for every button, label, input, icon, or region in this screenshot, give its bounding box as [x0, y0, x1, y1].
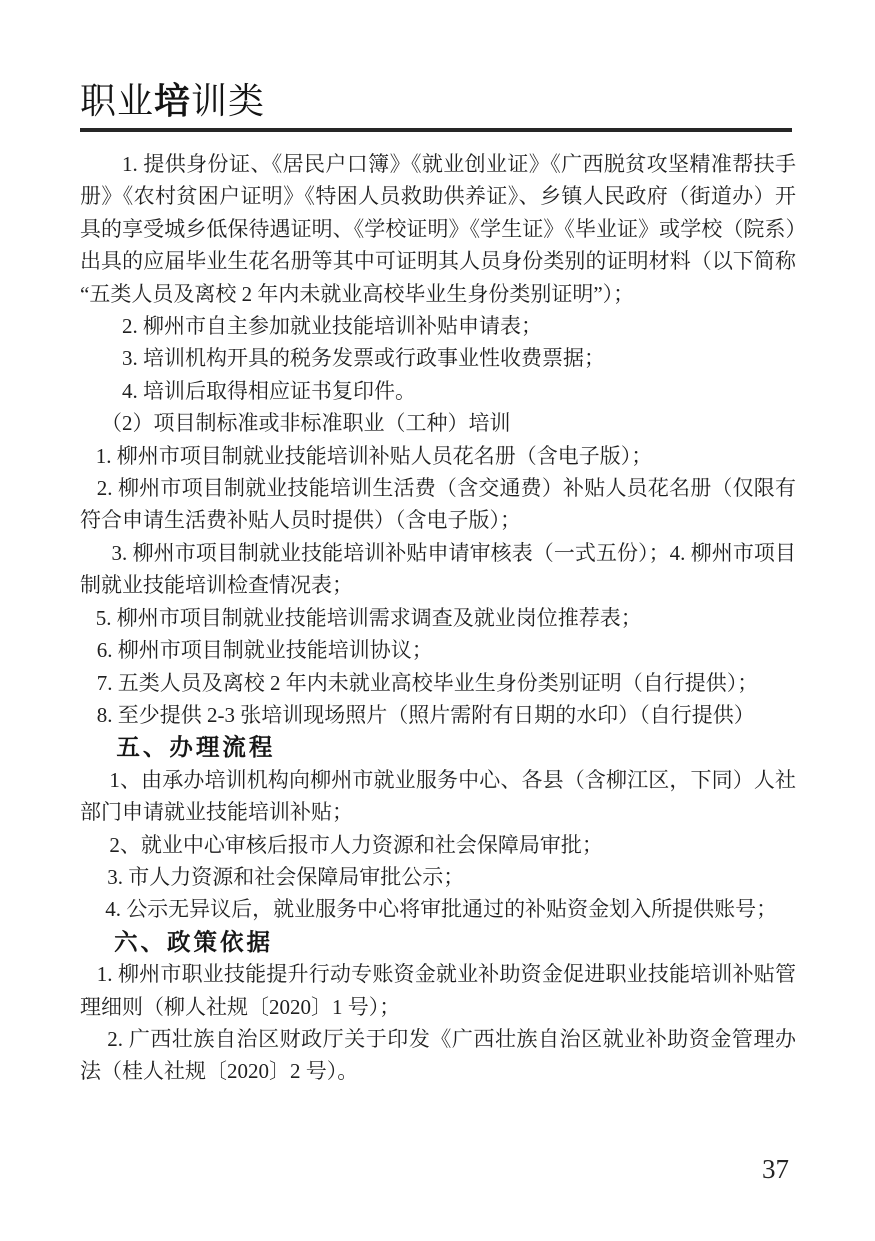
paragraph: 1. 柳州市职业技能提升行动专账资金就业补助资金促进职业技能培训补贴管理细则（柳… [80, 958, 796, 1023]
paragraph: 1、由承办培训机构向柳州市就业服务中心、各县（含柳江区，下同）人社部门申请就业技… [80, 764, 796, 829]
paragraph: 7. 五类人员及离校 2 年内未就业高校毕业生身份类别证明（自行提供）； [80, 667, 796, 699]
paragraph: 4. 培训后取得相应证书复印件。 [80, 375, 796, 407]
paragraph: 1. 提供身份证、《居民户口簿》《就业创业证》《广西脱贫攻坚精准帮扶手册》《农村… [80, 148, 796, 310]
paragraph: 2、就业中心审核后报市人力资源和社会保障局审批； [80, 829, 796, 861]
section-heading: 五、办理流程 [80, 731, 796, 763]
paragraph: 2. 广西壮族自治区财政厅关于印发《广西壮族自治区就业补助资金管理办法（桂人社规… [80, 1023, 796, 1088]
paragraph: （2）项目制标准或非标准职业（工种）培训 [80, 407, 796, 439]
page-title: 职业培训类 [80, 80, 792, 122]
paragraph: 3. 柳州市项目制就业技能培训补贴申请审核表（一式五份）；4. 柳州市项目制就业… [80, 537, 796, 602]
paragraph: 2. 柳州市自主参加就业技能培训补贴申请表； [80, 310, 796, 342]
paragraph: 2. 柳州市项目制就业技能培训生活费（含交通费）补贴人员花名册（仅限有符合申请生… [80, 472, 796, 537]
page-title-emphasis: 培 [154, 80, 191, 121]
paragraph: 5. 柳州市项目制就业技能培训需求调查及就业岗位推荐表； [80, 602, 796, 634]
paragraph: 3. 市人力资源和社会保障局审批公示； [80, 861, 796, 893]
paragraph: 6. 柳州市项目制就业技能培训协议； [80, 634, 796, 666]
document-body: 1. 提供身份证、《居民户口簿》《就业创业证》《广西脱贫攻坚精准帮扶手册》《农村… [80, 148, 796, 1088]
section-heading: 六、政策依据 [80, 926, 796, 958]
page-title-pre: 职业 [80, 81, 154, 121]
paragraph: 1. 柳州市项目制就业技能培训补贴人员花名册（含电子版）； [80, 440, 796, 472]
title-rule [80, 128, 792, 132]
title-block: 职业培训类 [80, 80, 792, 122]
page-title-post: 训类 [191, 81, 265, 121]
paragraph: 3. 培训机构开具的税务发票或行政事业性收费票据； [80, 342, 796, 374]
document-page: 职业培训类 1. 提供身份证、《居民户口簿》《就业创业证》《广西脱贫攻坚精准帮扶… [0, 0, 875, 1241]
paragraph: 4. 公示无异议后，就业服务中心将审批通过的补贴资金划入所提供账号； [80, 893, 796, 925]
paragraph: 8. 至少提供 2-3 张培训现场照片（照片需附有日期的水印）（自行提供） [80, 699, 796, 731]
page-number: 37 [762, 1156, 789, 1183]
